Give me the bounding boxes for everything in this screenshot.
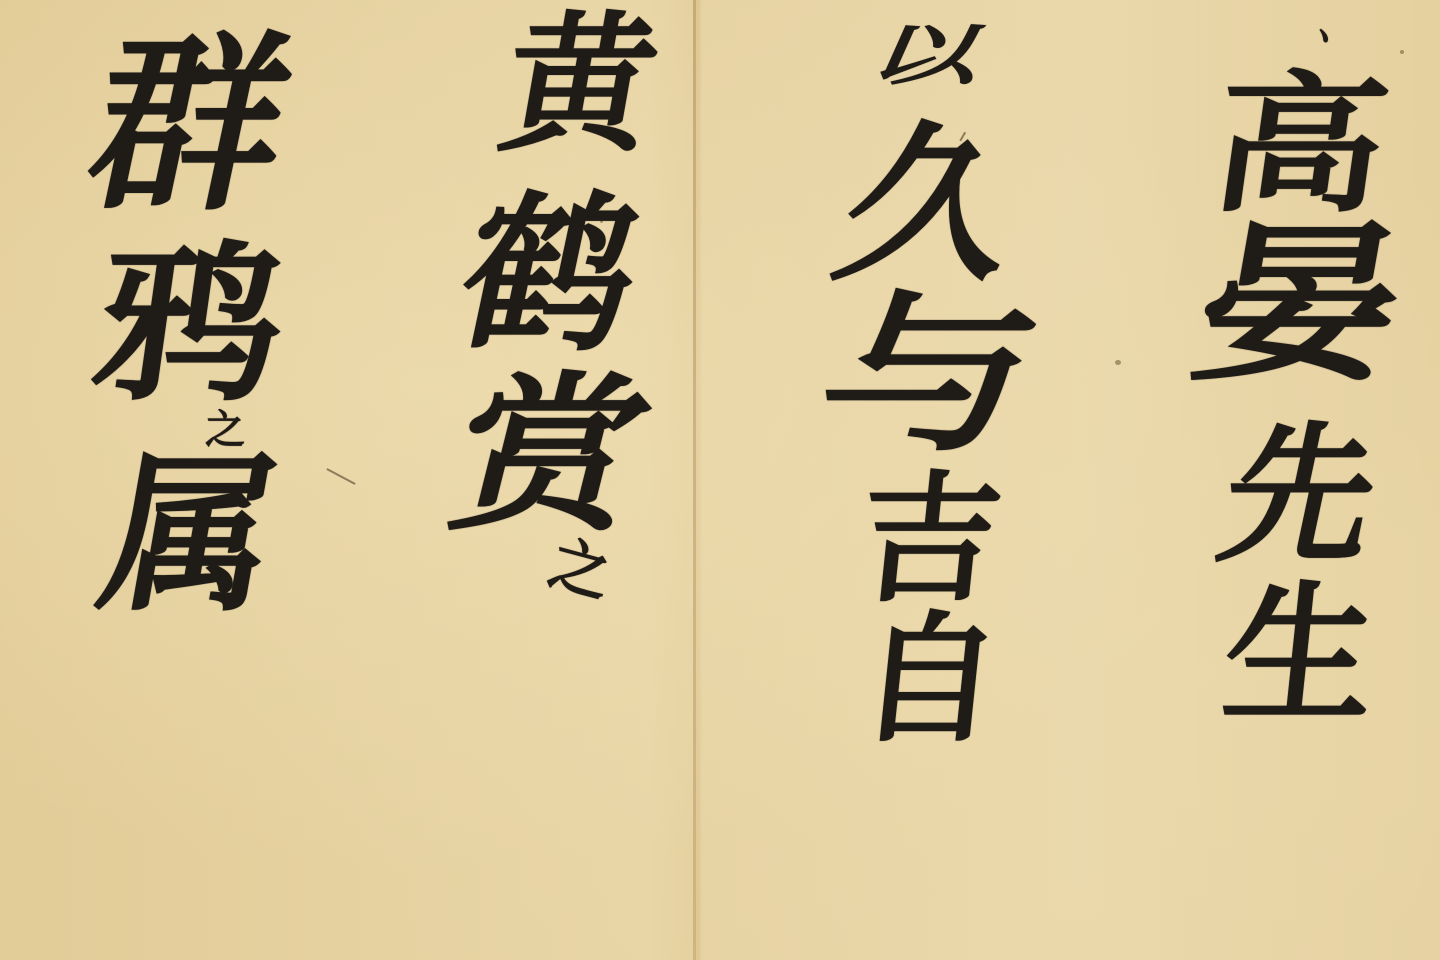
paper-speck <box>1115 360 1121 365</box>
paper-fiber <box>327 468 356 484</box>
calligraphy-char: 高 <box>1203 70 1397 220</box>
calligraphy-char: 群 <box>75 30 305 220</box>
calligraphy-char: 鸦 <box>85 240 296 410</box>
calligraphy-column-center-right: 以 久 与 吉 自 <box>790 0 1070 750</box>
calligraphy-char: 与 <box>806 290 1055 460</box>
calligraphy-paper: 、 高 晏 先 生 以 久 与 吉 自 黄 鹤 赏 之 群 鸦 之 属 <box>0 0 1440 960</box>
calligraphy-char: 久 <box>824 120 1036 290</box>
calligraphy-char: 生 <box>1217 580 1383 730</box>
paper-fold-line <box>693 0 696 960</box>
calligraphy-column-right: 、 高 晏 先 生 <box>1170 0 1430 730</box>
calligraphy-char: 吉 <box>853 470 1008 610</box>
calligraphy-char: 自 <box>853 610 1008 750</box>
calligraphy-char: 晏 <box>1183 220 1417 390</box>
calligraphy-column-left: 群 鸦 之 属 <box>70 0 310 620</box>
calligraphy-char: 赏 <box>435 370 664 540</box>
calligraphy-char: 鹤 <box>447 190 653 360</box>
calligraphy-char: 黄 <box>492 10 668 160</box>
calligraphy-char: 属 <box>90 450 290 620</box>
calligraphy-column-center-left: 黄 鹤 赏 之 <box>430 0 670 600</box>
calligraphy-char: 先 <box>1209 420 1391 570</box>
calligraphy-char: 、 <box>1314 4 1365 55</box>
calligraphy-char: 以 <box>860 22 999 88</box>
